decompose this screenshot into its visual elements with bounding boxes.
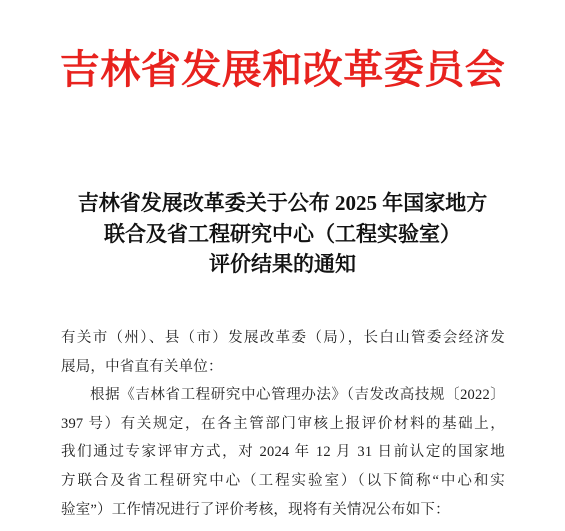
document-page: 吉林省发展和改革委员会 吉林省发展改革委关于公布 2025 年国家地方 联合及省… — [0, 0, 565, 531]
notice-title-line-2: 联合及省工程研究中心（工程实验室） — [0, 219, 565, 250]
body-text-line-1: 有关市（州）、县（市）发展改革委（局），长白山管委会经济发 — [61, 324, 505, 353]
notice-title-line-3: 评价结果的通知 — [0, 249, 565, 280]
notice-title-line-1: 吉林省发展改革委关于公布 2025 年国家地方 — [0, 188, 565, 219]
body-text-line-5: 我们通过专家评审方式，对 2024 年 12 月 31 日前认定的国家地 — [61, 438, 505, 467]
body-text-line-6: 方联合及省工程研究中心（工程实验室）（以下简称“中心和实 — [61, 467, 505, 496]
body-text-line-2: 展局，中省直有关单位： — [61, 353, 505, 382]
letterhead-title: 吉林省发展和改革委员会 — [0, 44, 565, 96]
body-text-line-7: 验室”）工作情况进行了评价考核，现将有关情况公布如下： — [61, 496, 505, 525]
body-text-line-4: 397 号）有关规定，在各主管部门审核上报评价材料的基础上， — [61, 410, 505, 439]
body-text-line-3: 根据《吉林省工程研究中心管理办法》（吉发改高技规〔2022〕 — [61, 381, 505, 410]
notice-body: 有关市（州）、县（市）发展改革委（局），长白山管委会经济发 展局，中省直有关单位… — [61, 324, 505, 524]
notice-title: 吉林省发展改革委关于公布 2025 年国家地方 联合及省工程研究中心（工程实验室… — [0, 188, 565, 280]
